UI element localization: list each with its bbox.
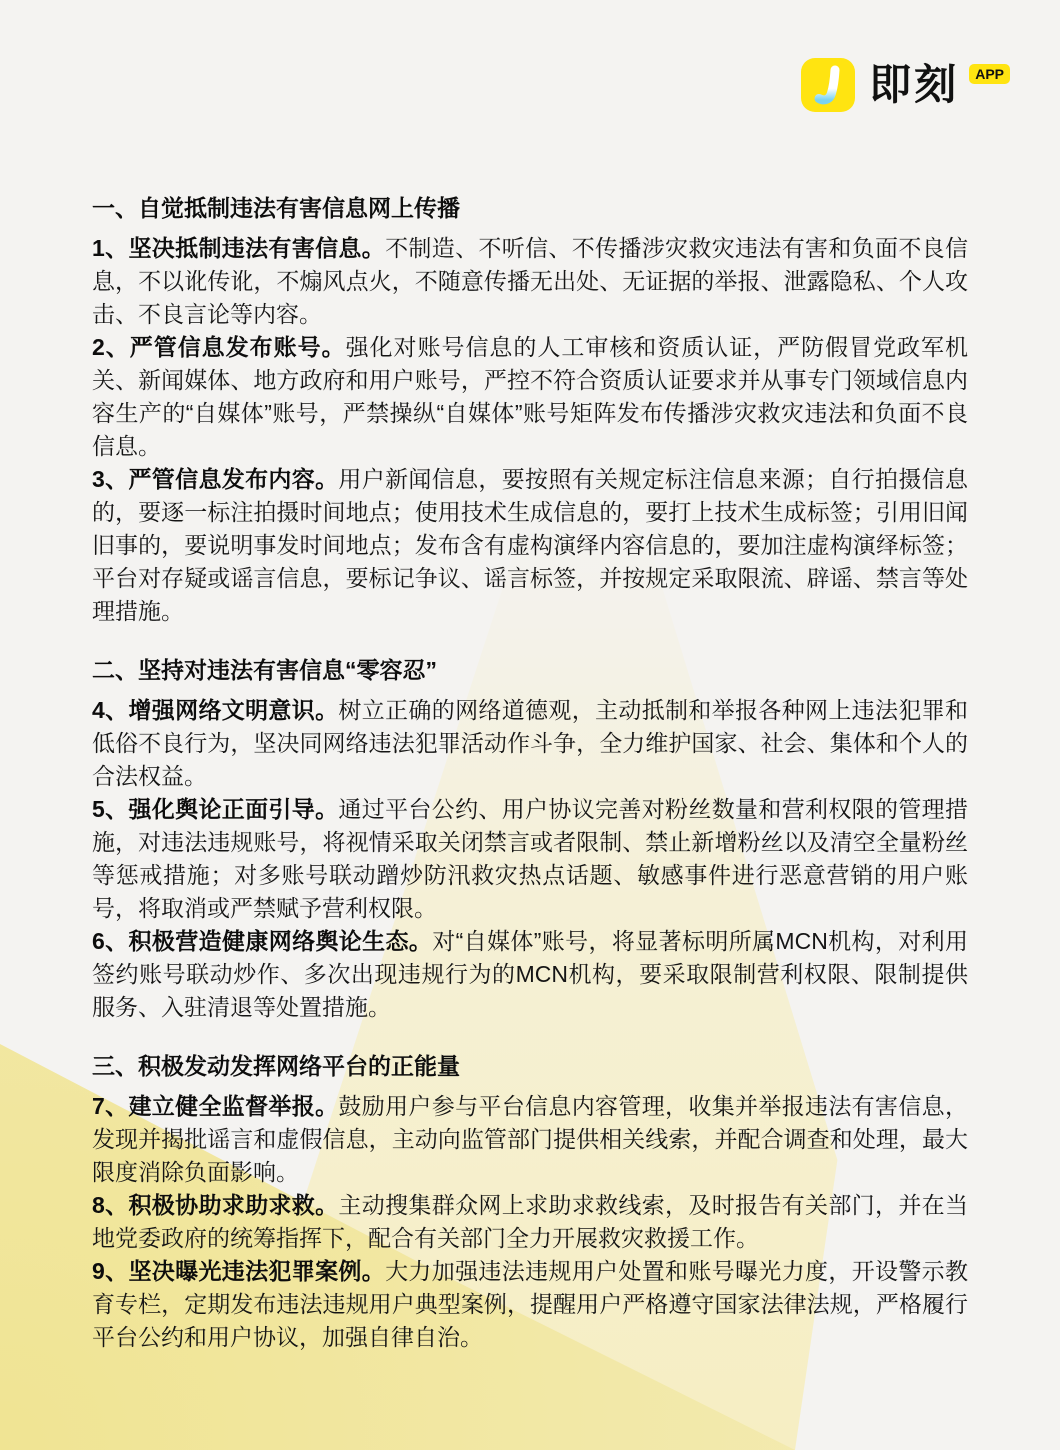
item-9: 9、坚决曝光违法犯罪案例。大力加强违法违规用户处置和账号曝光力度，开设警示教育专… <box>92 1255 968 1354</box>
item-3-title: 3、严管信息发布内容。 <box>92 466 338 492</box>
item-9-title: 9、坚决曝光违法犯罪案例。 <box>92 1258 385 1284</box>
section-1-heading: 一、自觉抵制违法有害信息网上传播 <box>92 192 968 225</box>
item-8-title: 8、积极协助求助求救。 <box>92 1192 338 1218</box>
announcement-page: 即刻 APP 一、自觉抵制违法有害信息网上传播 1、坚决抵制违法有害信息。不制造… <box>0 0 1060 1450</box>
item-5-title: 5、强化舆论正面引导。 <box>92 796 338 822</box>
item-7-title: 7、建立健全监督举报。 <box>92 1093 338 1119</box>
item-7: 7、建立健全监督举报。鼓励用户参与平台信息内容管理，收集并举报违法有害信息，发现… <box>92 1090 968 1189</box>
item-4-title: 4、增强网络文明意识。 <box>92 697 338 723</box>
item-2-title: 2、严管信息发布账号。 <box>92 334 346 360</box>
section-2-heading: 二、坚持对违法有害信息“零容忍” <box>92 654 968 687</box>
section-3-heading: 三、积极发动发挥网络平台的正能量 <box>92 1050 968 1083</box>
item-1: 1、坚决抵制违法有害信息。不制造、不听信、不传播涉灾救灾违法有害和负面不良信息，… <box>92 232 968 331</box>
item-6-title: 6、积极营造健康网络舆论生态。 <box>92 928 432 954</box>
item-2: 2、严管信息发布账号。强化对账号信息的人工审核和资质认证，严防假冒党政军机关、新… <box>92 331 968 463</box>
item-3: 3、严管信息发布内容。用户新闻信息，要按照有关规定标注信息来源；自行拍摄信息的，… <box>92 463 968 628</box>
item-8: 8、积极协助求助求救。主动搜集群众网上求助求救线索，及时报告有关部门，并在当地党… <box>92 1189 968 1255</box>
item-6: 6、积极营造健康网络舆论生态。对“自媒体”账号，将显著标明所属MCN机构，对利用… <box>92 925 968 1024</box>
guideline-text: 一、自觉抵制违法有害信息网上传播 1、坚决抵制违法有害信息。不制造、不听信、不传… <box>0 0 1060 1354</box>
item-4: 4、增强网络文明意识。树立正确的网络道德观，主动抵制和举报各种网上违法犯罪和低俗… <box>92 694 968 793</box>
item-1-title: 1、坚决抵制违法有害信息。 <box>92 235 385 261</box>
item-5: 5、强化舆论正面引导。通过平台公约、用户协议完善对粉丝数量和营利权限的管理措施，… <box>92 793 968 925</box>
